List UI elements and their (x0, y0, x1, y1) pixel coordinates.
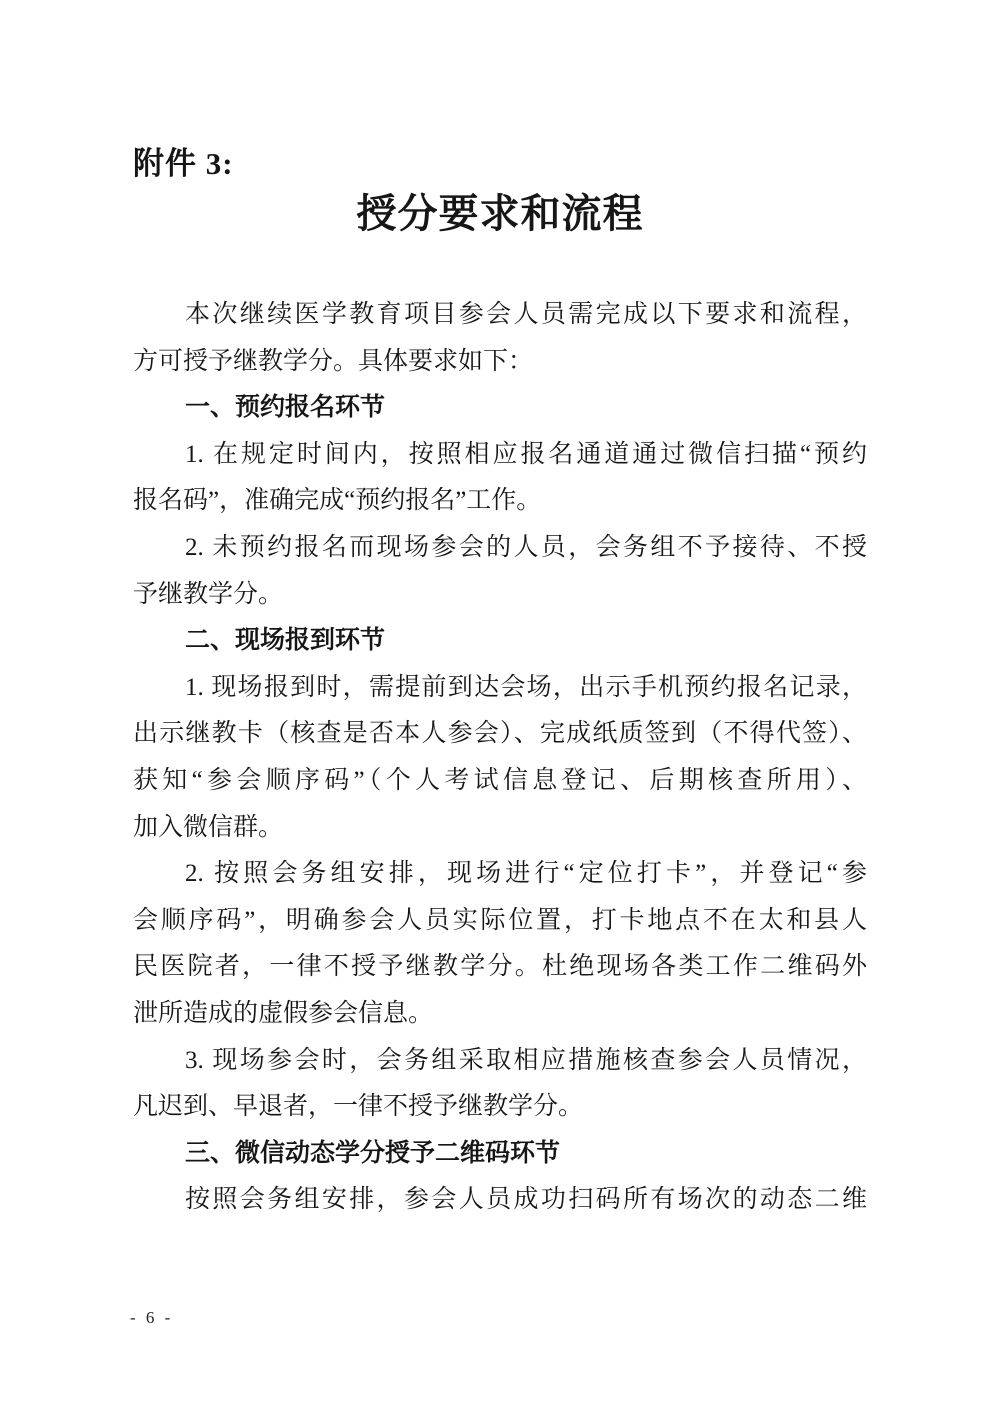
body-line: 泄所造成的虚假参会信息。 (133, 991, 867, 1038)
body-line: 3. 现场参会时，会务组采取相应措施核查参会人员情况， (133, 1038, 867, 1085)
body-line: 本次继续医学教育项目参会人员需完成以下要求和流程， (133, 292, 867, 339)
body-line: 2. 按照会务组安排，现场进行“定位打卡”，并登记“参 (133, 851, 867, 898)
document-page: 附件 3: 授分要求和流程 本次继续医学教育项目参会人员需完成以下要求和流程，方… (0, 0, 1000, 1414)
body-line: 予继教学分。 (133, 572, 867, 619)
section-heading: 三、微信动态学分授予二维码环节 (133, 1131, 867, 1178)
body-line: 加入微信群。 (133, 805, 867, 852)
document-title: 授分要求和流程 (0, 190, 1000, 238)
page-number: - 6 - (130, 1308, 173, 1328)
attachment-label: 附件 3: (133, 146, 234, 182)
body-line: 2. 未预约报名而现场参会的人员，会务组不予接待、不授 (133, 525, 867, 572)
body-line: 按照会务组安排，参会人员成功扫码所有场次的动态二维 (133, 1177, 867, 1224)
body-line: 1. 在规定时间内，按照相应报名通道通过微信扫描“预约 (133, 432, 867, 479)
body-line: 会顺序码”，明确参会人员实际位置，打卡地点不在太和县人 (133, 898, 867, 945)
body-line: 获知“参会顺序码”（个人考试信息登记、后期核查所用）、 (133, 758, 867, 805)
section-heading: 二、现场报到环节 (133, 618, 867, 665)
document-body: 本次继续医学教育项目参会人员需完成以下要求和流程，方可授予继教学分。具体要求如下… (133, 292, 867, 1224)
body-line: 凡迟到、早退者，一律不授予继教学分。 (133, 1084, 867, 1131)
body-line: 报名码”，准确完成“预约报名”工作。 (133, 478, 867, 525)
body-line: 民医院者，一律不授予继教学分。杜绝现场各类工作二维码外 (133, 944, 867, 991)
section-heading: 一、预约报名环节 (133, 385, 867, 432)
body-line: 1. 现场报到时，需提前到达会场，出示手机预约报名记录， (133, 665, 867, 712)
body-line: 出示继教卡（核查是否本人参会）、完成纸质签到（不得代签）、 (133, 711, 867, 758)
body-line: 方可授予继教学分。具体要求如下： (133, 339, 867, 386)
